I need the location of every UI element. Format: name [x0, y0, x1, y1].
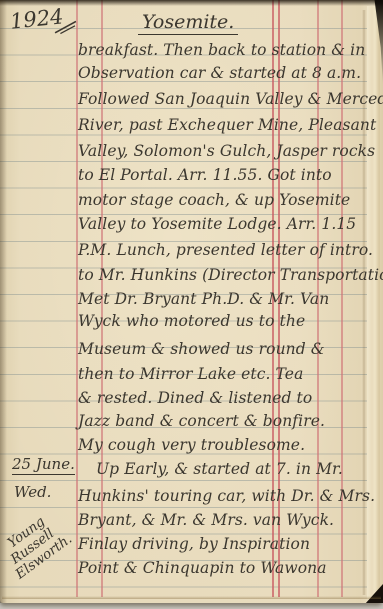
page-bottom-edge: [2, 596, 381, 599]
handwritten-line: to El Portal. Arr. 11.55. Got into: [78, 162, 332, 188]
handwritten-line: Wyck who motored us to the: [78, 308, 305, 334]
handwritten-line: Jazz band & concert & bonfire.: [78, 408, 325, 434]
page-title: Yosemite.: [138, 11, 238, 35]
handwritten-line: My cough very troublesome.: [78, 432, 305, 458]
diary-page: 1924 Yosemite. breakfast. Then back to s…: [0, 0, 383, 603]
margin-date: 25 June.: [12, 455, 75, 475]
handwritten-line: P.M. Lunch, presented letter of intro.: [78, 237, 373, 263]
binding-shadow: [0, 0, 7, 603]
handwritten-line: Followed San Joaquin Valley & Merced: [78, 86, 383, 112]
handwritten-line: Observation car & started at 8 a.m.: [78, 60, 361, 86]
handwritten-line: Bryant, & Mr. & Mrs. van Wyck.: [78, 507, 334, 533]
handwritten-line: Point & Chinquapin to Wawona: [78, 555, 327, 581]
handwritten-line: Finlay driving, by Inspiration: [78, 531, 310, 557]
handwritten-line: then to Mirror Lake etc. Tea: [78, 361, 303, 387]
handwritten-line: Hunkins' touring car, with Dr. & Mrs.: [78, 483, 375, 509]
margin-day: Wed.: [14, 483, 51, 501]
handwritten-line: to Mr. Hunkins (Director Transportation): [78, 262, 383, 288]
handwritten-line: Up Early, & started at 7. in Mr.: [96, 456, 343, 482]
photo-background: 1924 Yosemite. breakfast. Then back to s…: [0, 0, 383, 609]
handwritten-line: Valley to Yosemite Lodge. Arr. 1.15: [78, 211, 356, 237]
handwritten-line: Museum & showed us round &: [78, 336, 325, 362]
handwritten-line: River, past Exchequer Mine, Pleasant: [78, 112, 376, 138]
handwritten-line: motor stage coach, & up Yosemite: [78, 187, 350, 213]
handwritten-line: Valley, Solomon's Gulch, Jasper rocks: [78, 138, 375, 164]
